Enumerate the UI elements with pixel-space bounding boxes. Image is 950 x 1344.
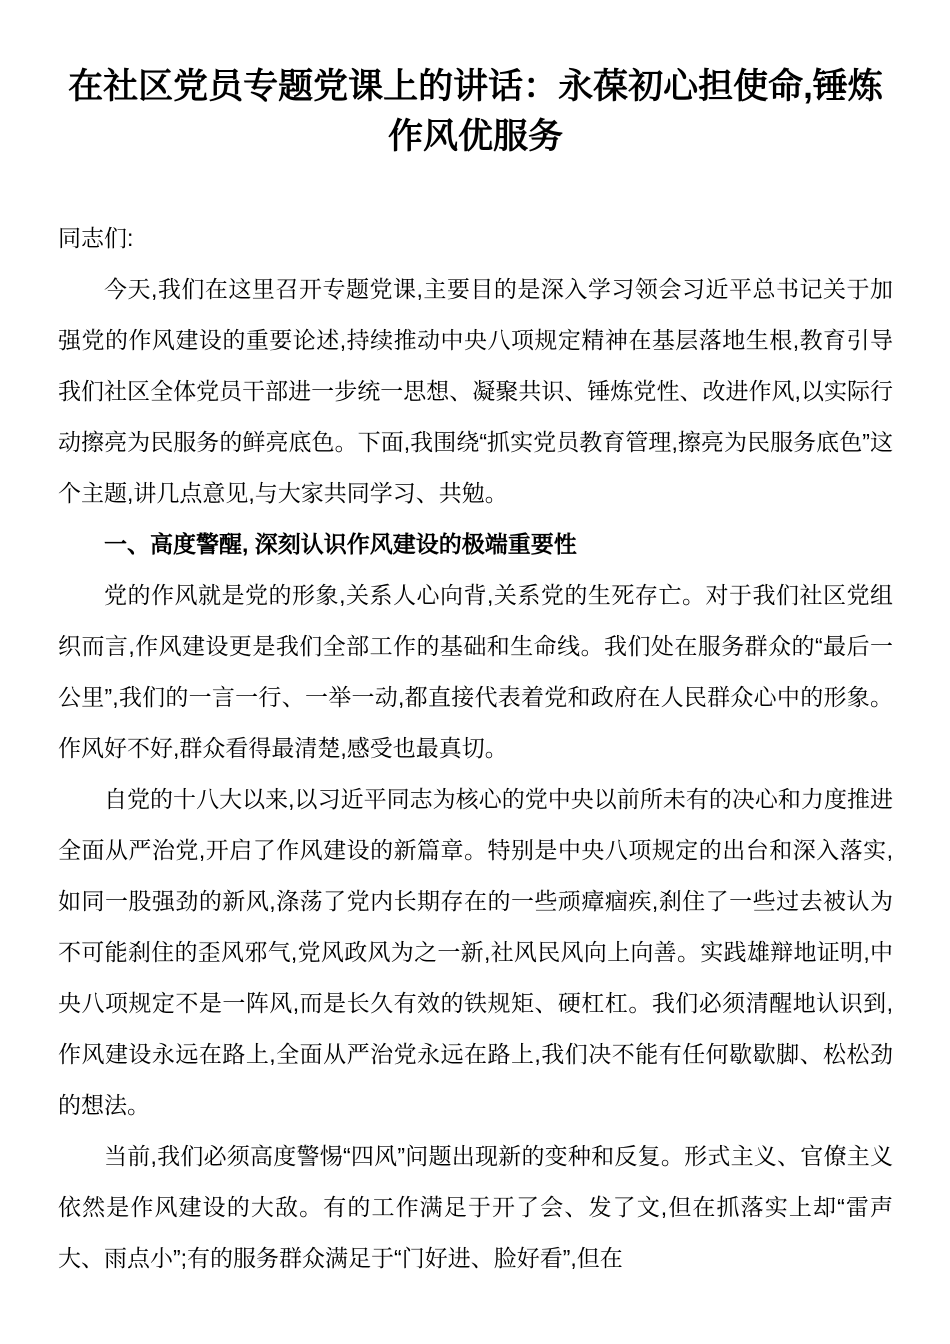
paragraph-2: 自党的十八大以来,以习近平同志为核心的党中央以前所未有的决心和力度推进全面从严治… xyxy=(58,774,893,1131)
paragraph-3-truncated: 当前,我们必须高度警惕“四风”问题出现新的变种和反复。形式主义、官僚主义依然是作… xyxy=(58,1131,893,1284)
document-page: 在社区党员专题党课上的讲话：永葆初心担使命,锤炼作风优服务 同志们: 今天,我们… xyxy=(0,0,950,1344)
paragraph-1: 党的作风就是党的形象,关系人心向背,关系党的生死存亡。对于我们社区党组织而言,作… xyxy=(58,570,893,774)
section-heading-1: 一、高度警醒, 深刻认识作风建设的极端重要性 xyxy=(58,519,893,570)
salutation: 同志们: xyxy=(58,213,893,264)
document-title: 在社区党员专题党课上的讲话：永葆初心担使命,锤炼作风优服务 xyxy=(58,62,893,162)
document-body: 同志们: 今天,我们在这里召开专题党课,主要目的是深入学习领会习近平总书记关于加… xyxy=(58,213,893,1284)
paragraph-opening: 今天,我们在这里召开专题党课,主要目的是深入学习领会习近平总书记关于加强党的作风… xyxy=(58,264,893,519)
